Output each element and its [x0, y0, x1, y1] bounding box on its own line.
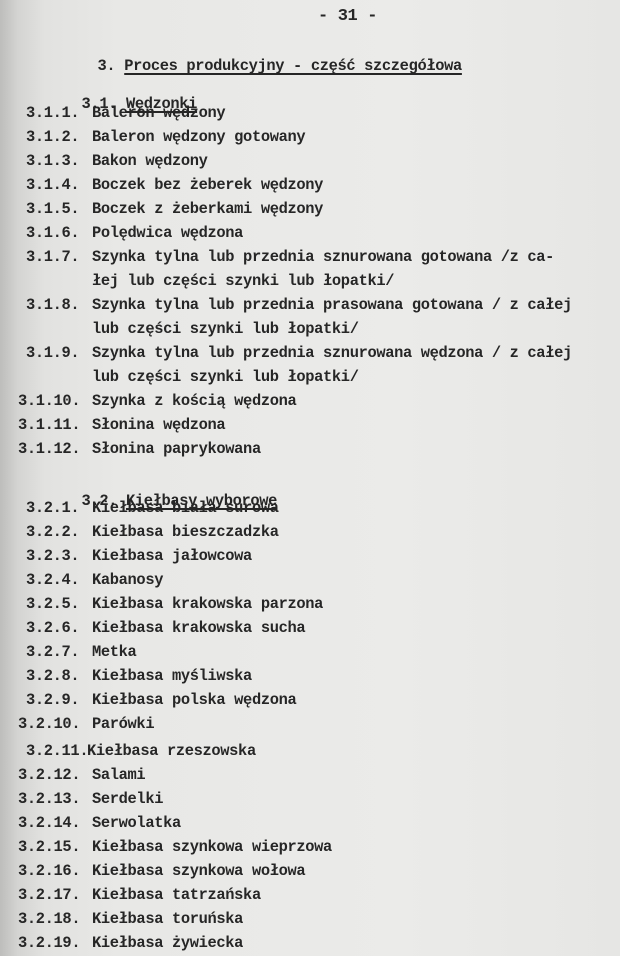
list-item-number: 3.1.8. [26, 296, 79, 314]
list-item-number: 3.2.7. [26, 643, 79, 661]
list-item-number: 3.2.9. [26, 691, 79, 709]
list-item-number: 3.2.2. [26, 523, 79, 541]
list-item-text: Metka [92, 643, 136, 661]
list-item-text: Szynka z kością wędzona [92, 392, 296, 410]
list-item-text: Boczek z żeberkami wędzony [92, 200, 323, 218]
list-item-text: Szynka tylna lub przednia prasowana goto… [92, 296, 572, 314]
list-item-number: 3.2.10. [18, 715, 80, 733]
list-item-text: Baleron wędzony [92, 104, 225, 122]
document-page: - 31 - 3. Proces produkcyjny - część szc… [0, 0, 620, 956]
list-item-number: 3.2.1. [26, 499, 79, 517]
list-item-text: Kiełbasa tatrzańska [92, 886, 261, 904]
list-item-number: 3.2.18. [18, 910, 80, 928]
list-item-text: Polędwica wędzona [92, 224, 243, 242]
list-item-text: Kiełbasa szynkowa wieprzowa [92, 838, 332, 856]
chapter-number: 3. [98, 57, 116, 75]
page-number: - 31 - [318, 8, 377, 26]
list-item-text: Kiełbasa polska wędzona [92, 691, 296, 709]
list-item-text: Kiełbasa biała surowa [92, 499, 279, 517]
list-item-text: Kiełbasa żywiecka [92, 934, 243, 952]
list-item-text: Kiełbasa jałowcowa [92, 547, 252, 565]
list-item-text: Kiełbasa bieszczadzka [92, 523, 279, 541]
list-item-text: Bakon wędzony [92, 152, 208, 170]
list-item-number: 3.2.13. [18, 790, 80, 808]
list-item-text: Słonina wędzona [92, 416, 225, 434]
list-item-text: Kiełbasa rzeszowska [87, 742, 256, 760]
list-item-number: 3.1.1. [26, 104, 79, 122]
list-item-number: 3.2.19. [18, 934, 80, 952]
list-item-number: 3.1.2. [26, 128, 79, 146]
list-item-text: Kabanosy [92, 571, 163, 589]
chapter-title: Proces produkcyjny - część szczegółowa [124, 57, 462, 75]
list-item-text: Kiełbasa krakowska sucha [92, 619, 305, 637]
list-item-number: 3.1.6. [26, 224, 79, 242]
list-item-number: 3.1.5. [26, 200, 79, 218]
list-item-number: 3.2.6. [26, 619, 79, 637]
list-item-number: 3.2.8. [26, 667, 79, 685]
list-item-text: Słonina paprykowana [92, 440, 261, 458]
list-item-text: Salami [92, 766, 145, 784]
list-item-number: 3.1.9. [26, 344, 79, 362]
list-item-text: Kiełbasa myśliwska [92, 667, 252, 685]
list-item-number: 3.2.11. [26, 742, 88, 760]
list-item-text: Boczek bez żeberek wędzony [92, 176, 323, 194]
list-item-text: Serwolatka [92, 814, 181, 832]
list-item-number: 3.1.11. [18, 416, 80, 434]
list-item-number: 3.2.14. [18, 814, 80, 832]
list-item-number: 3.1.12. [18, 440, 80, 458]
list-item-continuation: lub części szynki lub łopatki/ [92, 368, 359, 386]
list-item-continuation: lub części szynki lub łopatki/ [92, 320, 359, 338]
list-item-number: 3.2.17. [18, 886, 80, 904]
list-item-text: Szynka tylna lub przednia sznurowana got… [92, 248, 554, 266]
list-item-number: 3.2.12. [18, 766, 80, 784]
list-item-text: Kiełbasa szynkowa wołowa [92, 862, 305, 880]
list-item-number: 3.2.4. [26, 571, 79, 589]
list-item-number: 3.1.7. [26, 248, 79, 266]
list-item-text: Parówki [92, 715, 154, 733]
list-item-continuation: łej lub części szynki lub łopatki/ [92, 272, 394, 290]
list-item-number: 3.1.10. [18, 392, 80, 410]
list-item-text: Szynka tylna lub przednia sznurowana węd… [92, 344, 572, 362]
list-item-number: 3.1.4. [26, 176, 79, 194]
list-item-text: Baleron wędzony gotowany [92, 128, 305, 146]
list-item-number: 3.1.3. [26, 152, 79, 170]
list-item-text: Kiełbasa toruńska [92, 910, 243, 928]
list-item-number: 3.2.15. [18, 838, 80, 856]
list-item-number: 3.2.5. [26, 595, 79, 613]
list-item-text: Kiełbasa krakowska parzona [92, 595, 323, 613]
list-item-text: Serdelki [92, 790, 163, 808]
list-item-number: 3.2.16. [18, 862, 80, 880]
list-item-number: 3.2.3. [26, 547, 79, 565]
